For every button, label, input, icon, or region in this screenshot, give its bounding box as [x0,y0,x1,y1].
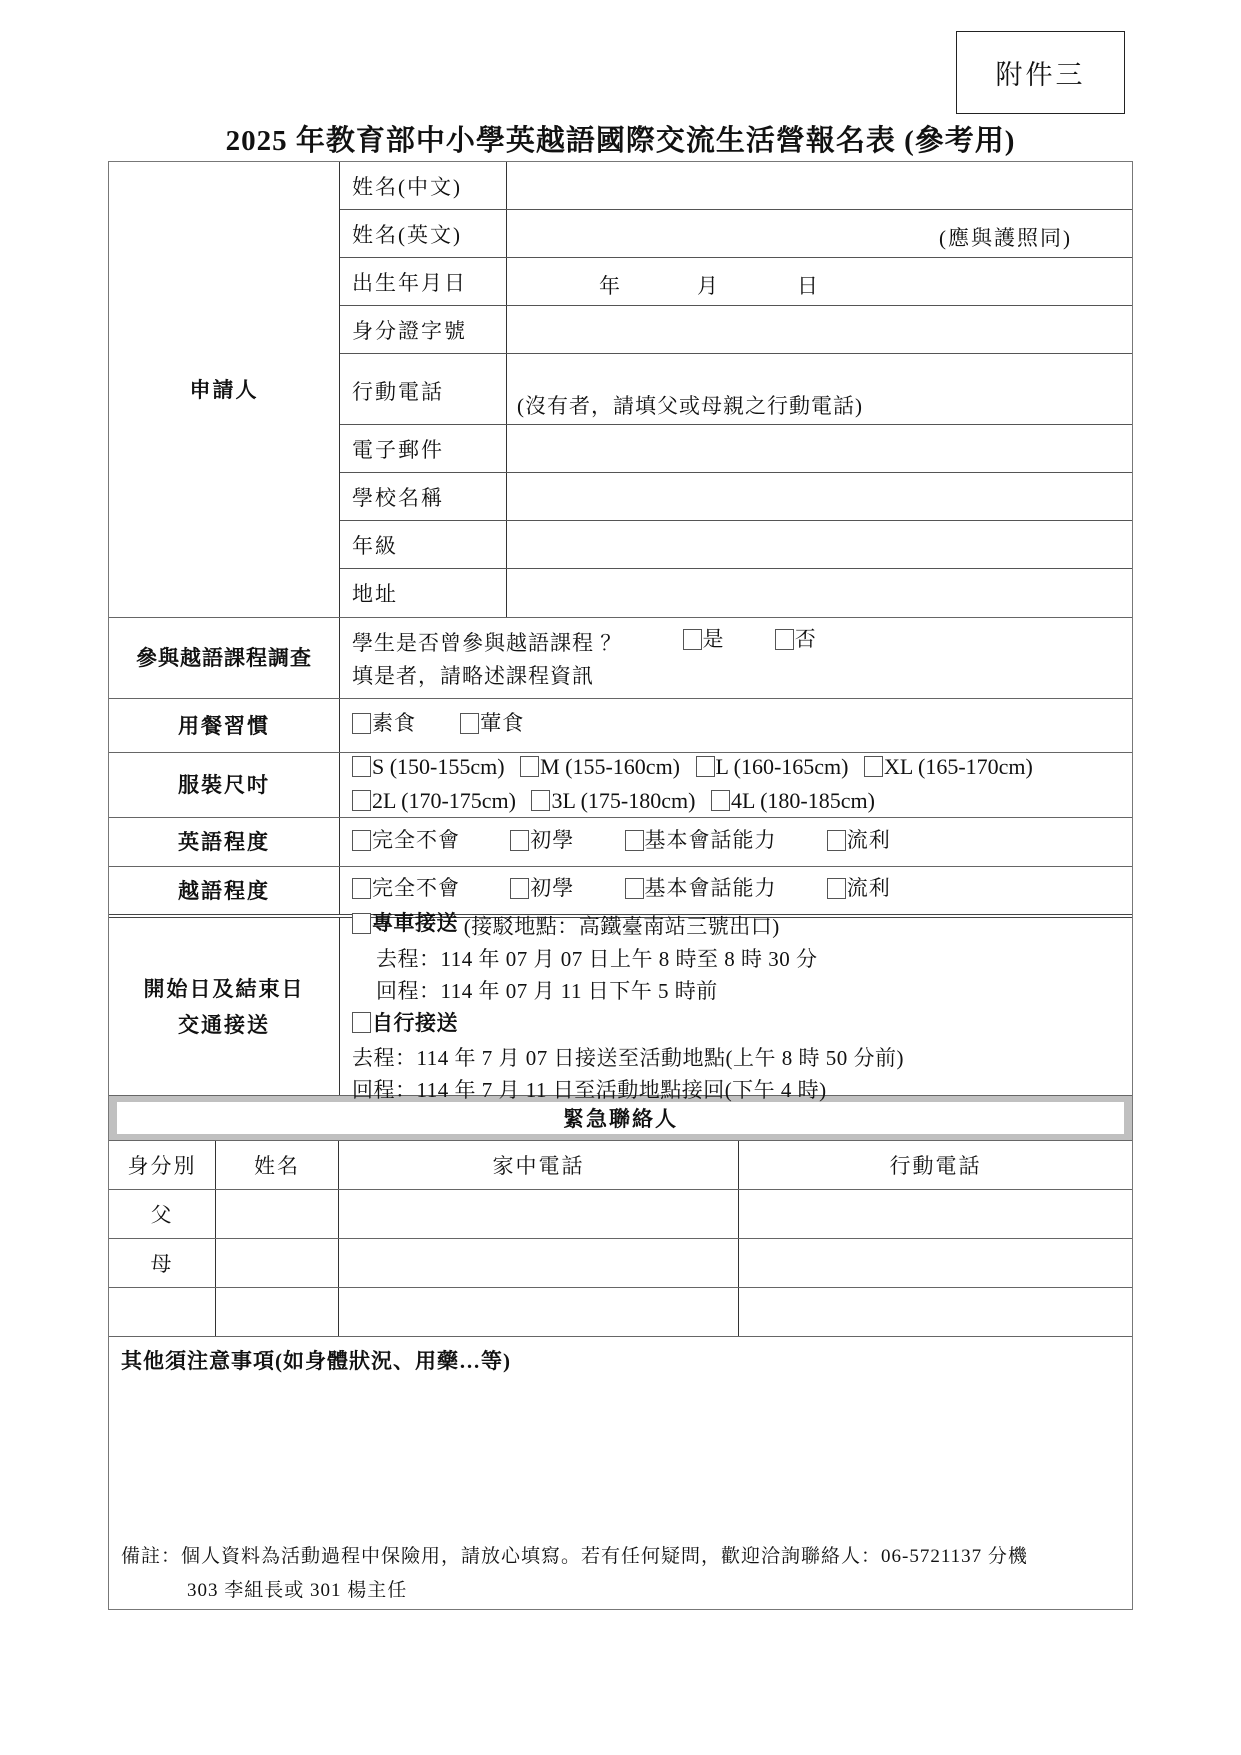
checkbox-icon[interactable] [352,913,371,934]
field-row-address: 地址 [340,569,1132,617]
field-row-chinese-name: 姓名(中文) [340,162,1132,210]
checkbox-icon[interactable] [510,878,529,899]
english-option-basic-conversation[interactable]: 基本會話能力 [625,824,777,857]
contact-name-input[interactable] [216,1190,339,1238]
english-option-beginner[interactable]: 初學 [510,824,574,857]
checkbox-icon[interactable] [520,756,539,777]
field-row-email: 電子郵件 [340,425,1132,473]
survey-question: 學生是否曾參與越語課程 ？ [352,631,622,655]
home-phone-input[interactable] [339,1239,739,1287]
field-label: 姓名(英文) [340,210,507,257]
contact-name-input[interactable] [216,1288,339,1336]
relation-cell: 父 [109,1190,216,1238]
attachment-label: 附件三 [956,31,1125,114]
home-phone-input[interactable] [339,1288,739,1336]
checkbox-icon[interactable] [352,1012,371,1033]
birthdate-input[interactable]: 年 月 日 [507,258,1132,305]
survey-followup: 填是者，請略述課程資訊 [352,660,1120,693]
checkbox-icon[interactable] [352,790,371,811]
survey-content: 學生是否曾參與越語課程 ？ 是 否 填是者，請略述課程資訊 [340,618,1132,698]
size-option-3l[interactable]: 3L (175-180cm) [531,785,695,816]
self-departure: 去程：114 年 7 月 07 日接送至活動地點(上午 8 時 50 分前) [352,1042,1120,1074]
self-return: 回程：114 年 7 月 11 日至活動地點接回(下午 4 時) [352,1074,1120,1106]
field-row-school: 學校名稱 [340,473,1132,521]
checkbox-icon[interactable] [352,878,371,899]
size-option-xl[interactable]: XL (165-170cm) [864,751,1033,782]
vietnamese-option-basic-conversation[interactable]: 基本會話能力 [625,872,777,905]
english-name-input[interactable]: (應與護照同) [507,210,1132,257]
meal-option-non-vegetarian[interactable]: 葷食 [460,707,524,740]
english-level-row: 英語程度 完全不會 初學 基本會話能力 流利 [109,818,1132,867]
notes-section[interactable]: 其他須注意事項(如身體狀況、用藥…等) 備註：個人資料為活動過程中保險用，請放心… [109,1337,1132,1609]
field-label: 電子郵件 [340,425,507,472]
relation-input[interactable] [109,1288,216,1336]
address-input[interactable] [507,569,1132,617]
field-label: 姓名(中文) [340,162,507,209]
applicant-section-label: 申請人 [109,162,340,617]
size-option-4l[interactable]: 4L (180-185cm) [711,785,875,816]
survey-option-no[interactable]: 否 [775,623,817,656]
table-row: 母 [109,1239,1132,1288]
mobile-phone-input[interactable] [739,1288,1132,1336]
field-row-english-name: 姓名(英文) (應與護照同) [340,210,1132,258]
applicant-section: 申請人 姓名(中文) 姓名(英文) (應與護照同) 出生年月日 年 月 日 [109,162,1132,618]
english-option-none[interactable]: 完全不會 [352,824,460,857]
shuttle-location: (接駁地點：高鐵臺南站三號出口) [464,915,780,939]
form-title: 2025 年教育部中小學英越語國際交流生活營報名表 (參考用) [108,118,1133,159]
column-header-name: 姓名 [216,1141,339,1189]
clothing-size-row: 服裝尺吋 S (150-155cm) M (155-160cm) L (160-… [109,753,1132,818]
column-header-mobile: 行動電話 [739,1141,1132,1189]
checkbox-icon[interactable] [352,756,371,777]
meal-options: 素食 葷食 [340,699,1132,752]
checkbox-icon[interactable] [711,790,730,811]
transport-option-self[interactable]: 自行接送 [352,1007,458,1039]
checkbox-icon[interactable] [460,713,479,734]
shuttle-departure: 去程：114 年 07 月 07 日上午 8 時至 8 時 30 分 [352,943,1120,975]
grade-input[interactable] [507,521,1132,568]
english-level-options: 完全不會 初學 基本會話能力 流利 [340,818,1132,866]
clothing-size-label: 服裝尺吋 [109,753,340,817]
shuttle-return: 回程：114 年 07 月 11 日下午 5 時前 [352,975,1120,1007]
mobile-hint: (沒有者，請填父或母親之行動電話) [517,390,863,420]
transport-option-shuttle[interactable]: 專車接送 [352,907,458,939]
day-unit: 日 [797,270,820,300]
vietnamese-option-beginner[interactable]: 初學 [510,872,574,905]
survey-row: 參與越語課程調查 學生是否曾參與越語課程 ？ 是 否 填是者，請略述課程資訊 [109,618,1132,699]
checkbox-icon[interactable] [696,756,715,777]
meal-option-vegetarian[interactable]: 素食 [352,707,416,740]
transport-options: 專車接送 (接駁地點：高鐵臺南站三號出口) 去程：114 年 07 月 07 日… [340,918,1132,1095]
vietnamese-option-fluent[interactable]: 流利 [827,872,891,905]
mobile-phone-input[interactable] [739,1190,1132,1238]
size-option-m[interactable]: M (155-160cm) [520,751,680,782]
passport-hint: (應與護照同) [939,222,1072,252]
relation-cell: 母 [109,1239,216,1287]
month-unit: 月 [697,270,720,300]
mobile-input[interactable]: (沒有者，請填父或母親之行動電話) [507,354,1132,424]
checkbox-icon[interactable] [531,790,550,811]
chinese-name-input[interactable] [507,162,1132,209]
year-unit: 年 [599,270,622,300]
applicant-fields: 姓名(中文) 姓名(英文) (應與護照同) 出生年月日 年 月 日 身分證字號 [340,162,1132,617]
field-label: 出生年月日 [340,258,507,305]
meal-row: 用餐習慣 素食 葷食 [109,699,1132,753]
checkbox-icon[interactable] [827,878,846,899]
field-label: 學校名稱 [340,473,507,520]
column-header-relation: 身分別 [109,1141,216,1189]
table-row: 父 [109,1190,1132,1239]
checkbox-icon[interactable] [352,713,371,734]
survey-label: 參與越語課程調查 [109,618,340,698]
transport-label: 開始日及結束日 交通接送 [109,918,340,1095]
clothing-size-options: S (150-155cm) M (155-160cm) L (160-165cm… [340,753,1132,817]
mobile-phone-input[interactable] [739,1239,1132,1287]
english-option-fluent[interactable]: 流利 [827,824,891,857]
size-option-s[interactable]: S (150-155cm) [352,751,505,782]
emergency-contact-table: 身分別 姓名 家中電話 行動電話 父 母 [109,1141,1132,1337]
field-row-id-number: 身分證字號 [340,306,1132,354]
size-option-2l[interactable]: 2L (170-175cm) [352,785,516,816]
table-header-row: 身分別 姓名 家中電話 行動電話 [109,1141,1132,1190]
field-label: 行動電話 [340,354,507,424]
checkbox-icon[interactable] [510,830,529,851]
checkbox-icon[interactable] [625,830,644,851]
vietnamese-option-none[interactable]: 完全不會 [352,872,460,905]
checkbox-icon[interactable] [827,830,846,851]
school-input[interactable] [507,473,1132,520]
field-label: 年級 [340,521,507,568]
contact-name-input[interactable] [216,1239,339,1287]
size-option-l[interactable]: L (160-165cm) [696,751,849,782]
checkbox-icon[interactable] [352,830,371,851]
home-phone-input[interactable] [339,1190,739,1238]
checkbox-icon[interactable] [775,629,794,650]
transport-row: 開始日及結束日 交通接送 專車接送 (接駁地點：高鐵臺南站三號出口) 去程：11… [109,918,1132,1096]
field-label: 地址 [340,569,507,617]
registration-form: 申請人 姓名(中文) 姓名(英文) (應與護照同) 出生年月日 年 月 日 [108,161,1133,1610]
survey-option-yes[interactable]: 是 [683,623,725,656]
vietnamese-level-label: 越語程度 [109,867,340,914]
notes-title: 其他須注意事項(如身體狀況、用藥…等) [121,1345,511,1375]
checkbox-icon[interactable] [864,756,883,777]
remark: 備註：個人資料為活動過程中保險用，請放心填寫。若有任何疑問，歡迎洽詢聯絡人：06… [121,1540,1121,1608]
field-row-mobile: 行動電話 (沒有者，請填父或母親之行動電話) [340,354,1132,425]
email-input[interactable] [507,425,1132,472]
table-row [109,1288,1132,1337]
field-row-birthdate: 出生年月日 年 月 日 [340,258,1132,306]
field-row-grade: 年級 [340,521,1132,569]
id-number-input[interactable] [507,306,1132,353]
meal-label: 用餐習慣 [109,699,340,752]
checkbox-icon[interactable] [625,878,644,899]
field-label: 身分證字號 [340,306,507,353]
english-level-label: 英語程度 [109,818,340,866]
checkbox-icon[interactable] [683,629,702,650]
column-header-home-phone: 家中電話 [339,1141,739,1189]
